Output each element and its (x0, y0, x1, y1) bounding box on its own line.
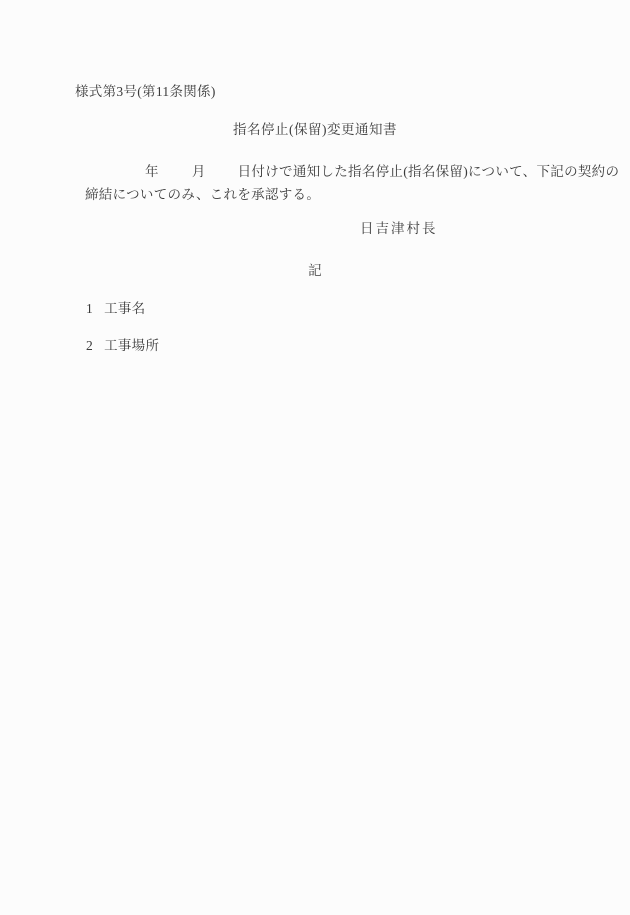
item-label: 工事場所 (104, 338, 159, 354)
list-item-1: 1工事名 (86, 301, 145, 317)
month-label: 月 (192, 164, 206, 179)
form-number: 様式第3号(第11条関係) (75, 84, 216, 100)
item-label: 工事名 (104, 301, 145, 317)
date-blank-year (85, 175, 145, 176)
item-number: 1 (86, 301, 93, 317)
signer-title: 日吉津村長 (360, 221, 438, 237)
item-number: 2 (86, 338, 93, 354)
body-line1-text: 日付けで通知した指名停止(指名保留)について、下記の契約の (238, 164, 620, 179)
date-blank-day (206, 175, 238, 176)
list-item-2: 2工事場所 (86, 338, 159, 354)
body-line-1: 年月日付けで通知した指名停止(指名保留)について、下記の契約の (85, 164, 619, 180)
section-marker: 記 (0, 263, 630, 279)
body-line-2: 締結についてのみ、これを承認する。 (85, 187, 320, 203)
document-title: 指名停止(保留)変更通知書 (0, 122, 630, 138)
document-page: 様式第3号(第11条関係) 指名停止(保留)変更通知書 年月日付けで通知した指名… (0, 0, 630, 915)
date-blank-month (159, 175, 192, 176)
year-label: 年 (145, 164, 159, 179)
